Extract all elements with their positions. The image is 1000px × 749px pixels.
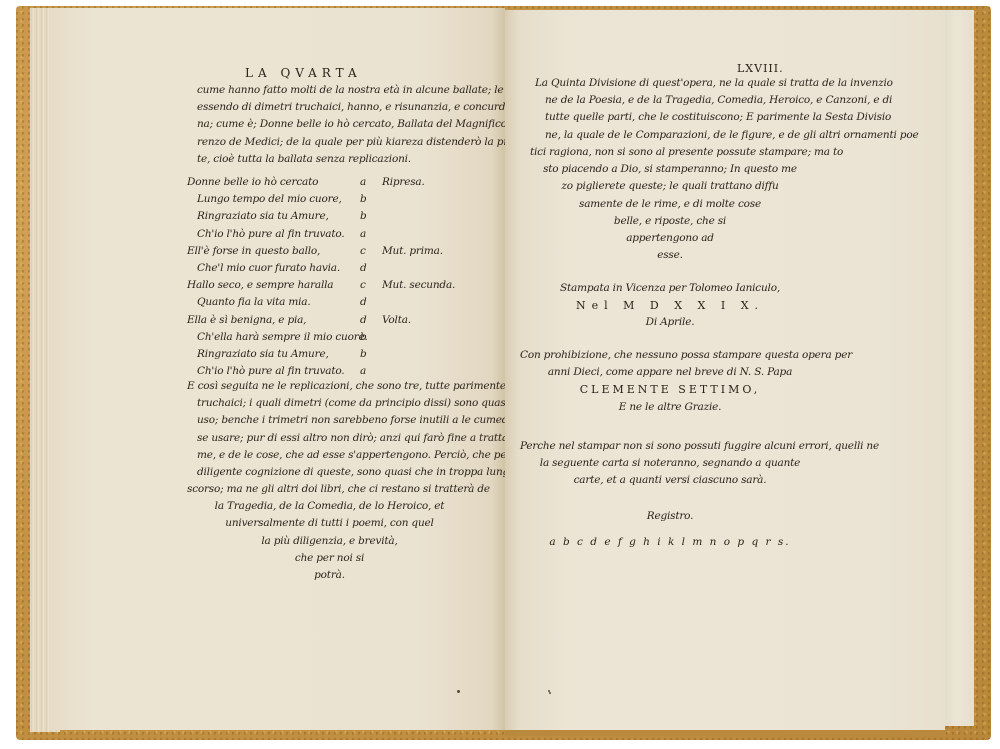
text-line: la Tragedia, de la Comedia, de lo Heroic…: [187, 498, 472, 515]
errata-notice: Perche nel stampar non si sono possuti f…: [520, 438, 820, 490]
rhyme-letter: b: [360, 329, 367, 346]
colophon-printer: Stampata in Vicenza per Tolomeo Ianiculo…: [530, 280, 810, 297]
text-line: me, e de le cose, che ad esse s'apperten…: [187, 447, 462, 464]
verse-row: Ell'è forse in questo ballo,cMut. prima.: [187, 243, 467, 260]
text-line: esse.: [530, 247, 810, 264]
running-head: LA QVARTA: [245, 66, 362, 80]
text-line: scorso; ma ne gli altri doi libri, che c…: [187, 481, 472, 498]
divisions-paragraph: La Quinta Divisione di quest'opera, ne l…: [535, 75, 797, 144]
text-line: se usare; pur di essi altro non dirò; an…: [187, 430, 462, 447]
text-line: la seguente carta si noteranno, segnando…: [520, 455, 820, 472]
verse-text: Hallo seco, e sempre haralla: [187, 277, 333, 294]
rhyme-letter: c: [360, 277, 366, 294]
verse-note: Ripresa.: [382, 174, 425, 191]
closing-paragraph: E così seguita ne le replicazioni, che s…: [187, 378, 462, 481]
verse-note: Mut. secunda.: [382, 277, 455, 294]
left-page: LA QVARTA cume hanno fatto molti de la n…: [50, 8, 505, 730]
rhyme-letter: b: [360, 208, 367, 225]
text-line: che per noi si: [187, 550, 472, 567]
rhyme-letter: b: [360, 346, 367, 363]
verse-row: Hallo seco, e sempre harallacMut. secund…: [187, 277, 467, 294]
text-line: tici ragiona, non si sono al presente po…: [530, 144, 810, 161]
verse-text: Ch'ella harà sempre il mio cuore.: [197, 329, 368, 346]
text-line: essendo di dimetri truchaici, hanno, e r…: [197, 99, 462, 116]
intro-paragraph: cume hanno fatto molti de la nostra età …: [197, 82, 462, 168]
foxing-spot: [549, 692, 551, 694]
verse-text: Lungo tempo del mio cuore,: [197, 191, 342, 208]
text-line: truchaici; i quali dimetri (come da prin…: [187, 395, 462, 412]
text-line: universalmente di tutti i poemi, con que…: [187, 515, 472, 532]
rhyme-letter: d: [360, 294, 367, 311]
verse-row: Ringraziato sia tu Amure,b: [187, 346, 467, 363]
verse-text: Ringraziato sia tu Amure,: [197, 346, 329, 363]
text-line: anni Dieci, come appare nel breve di N. …: [520, 364, 820, 381]
rhyme-letter: d: [360, 260, 367, 277]
text-line: diligente cognizione di queste, sono qua…: [187, 464, 462, 481]
verse-note: Mut. prima.: [382, 243, 443, 260]
text-line: Con prohibizione, che nessuno possa stam…: [520, 347, 820, 364]
text-line: La Quinta Divisione di quest'opera, ne l…: [535, 75, 797, 92]
colophon-year: Nel M D X X I X.: [530, 297, 810, 314]
foxing-spot: [457, 690, 460, 693]
verse-note: Volta.: [382, 312, 411, 329]
rhyme-letter: d: [360, 312, 367, 329]
colophon-month: Di Aprile.: [530, 314, 810, 331]
verse-text: Ella è sì benigna, e pia,: [187, 312, 306, 329]
register-signatures: a b c d e f g h i k l m n o p q r s.: [520, 534, 820, 551]
text-line: uso; benche i trimetri non sarebbeno for…: [187, 412, 462, 429]
verse-row: Ringraziato sia tu Amure,b: [187, 208, 467, 225]
text-line: zo piglierete queste; le quali trattano …: [530, 178, 810, 195]
text-line: carte, et a quanti versi ciascuno sarà.: [520, 472, 820, 489]
text-line: samente de le rime, e di molte cose: [530, 196, 810, 213]
rhyme-letter: c: [360, 243, 366, 260]
text-line: te, cioè tutta la ballata senza replicaz…: [197, 151, 462, 168]
verse-text: Ell'è forse in questo ballo,: [187, 243, 320, 260]
ballata-verses: Donne belle io hò cercatoaRipresa. Lungo…: [187, 174, 467, 380]
verse-text: Donne belle io hò cercato: [187, 174, 318, 191]
colophon: Stampata in Vicenza per Tolomeo Ianiculo…: [530, 280, 810, 332]
text-line: ne de la Poesia, e de la Tragedia, Comed…: [535, 92, 797, 109]
register-title: Registro.: [520, 508, 820, 525]
right-page: LXVIII. La Quinta Divisione di quest'ope…: [505, 10, 945, 732]
divisions-tailpiece: tici ragiona, non si sono al presente po…: [530, 144, 810, 264]
verse-row: Che'l mio cuor furato havia.d: [187, 260, 467, 277]
pope-name: CLEMENTE SETTIMO,: [520, 381, 820, 398]
text-line: renzo de Medici; de la quale per più kia…: [197, 134, 462, 151]
text-line: sto piacendo a Dio, si stamperanno; In q…: [530, 161, 810, 178]
verse-text: Ringraziato sia tu Amure,: [197, 208, 329, 225]
verse-text: Che'l mio cuor furato havia.: [197, 260, 340, 277]
text-line: potrà.: [187, 567, 472, 584]
verse-row: Quanto fia la vita mia.d: [187, 294, 467, 311]
text-line: E ne le altre Grazie.: [520, 399, 820, 416]
rhyme-letter: b: [360, 191, 367, 208]
folio-number: LXVIII.: [737, 62, 784, 75]
text-line: E così seguita ne le replicazioni, che s…: [187, 378, 462, 395]
verse-row: Lungo tempo del mio cuore,b: [187, 191, 467, 208]
register: Registro. a b c d e f g h i k l m n o p …: [520, 508, 820, 551]
text-line: na; cume è; Donne belle io hò cercato, B…: [197, 116, 462, 133]
verse-text: Ch'io l'hò pure al fin truvato.: [197, 226, 344, 243]
text-line: Perche nel stampar non si sono possuti f…: [520, 438, 820, 455]
text-line: appertengono ad: [530, 230, 810, 247]
text-line: tutte quelle parti, che le costituiscono…: [535, 109, 797, 126]
text-line: ne, la quale de le Comparazioni, de le f…: [535, 127, 797, 144]
verse-row: Ella è sì benigna, e pia,dVolta.: [187, 312, 467, 329]
verse-row: Donne belle io hò cercatoaRipresa.: [187, 174, 467, 191]
text-line: la più diligenzia, e brevità,: [187, 533, 472, 550]
verse-row: Ch'io l'hò pure al fin truvato.a: [187, 226, 467, 243]
closing-tailpiece: scorso; ma ne gli altri doi libri, che c…: [187, 481, 472, 584]
text-line: belle, e riposte, che si: [530, 213, 810, 230]
rhyme-letter: a: [360, 226, 366, 243]
verse-row: Ch'ella harà sempre il mio cuore.b: [187, 329, 467, 346]
verse-text: Quanto fia la vita mia.: [197, 294, 311, 311]
privilege-notice: Con prohibizione, che nessuno possa stam…: [520, 347, 820, 416]
rhyme-letter: a: [360, 174, 366, 191]
text-line: cume hanno fatto molti de la nostra età …: [197, 82, 462, 99]
